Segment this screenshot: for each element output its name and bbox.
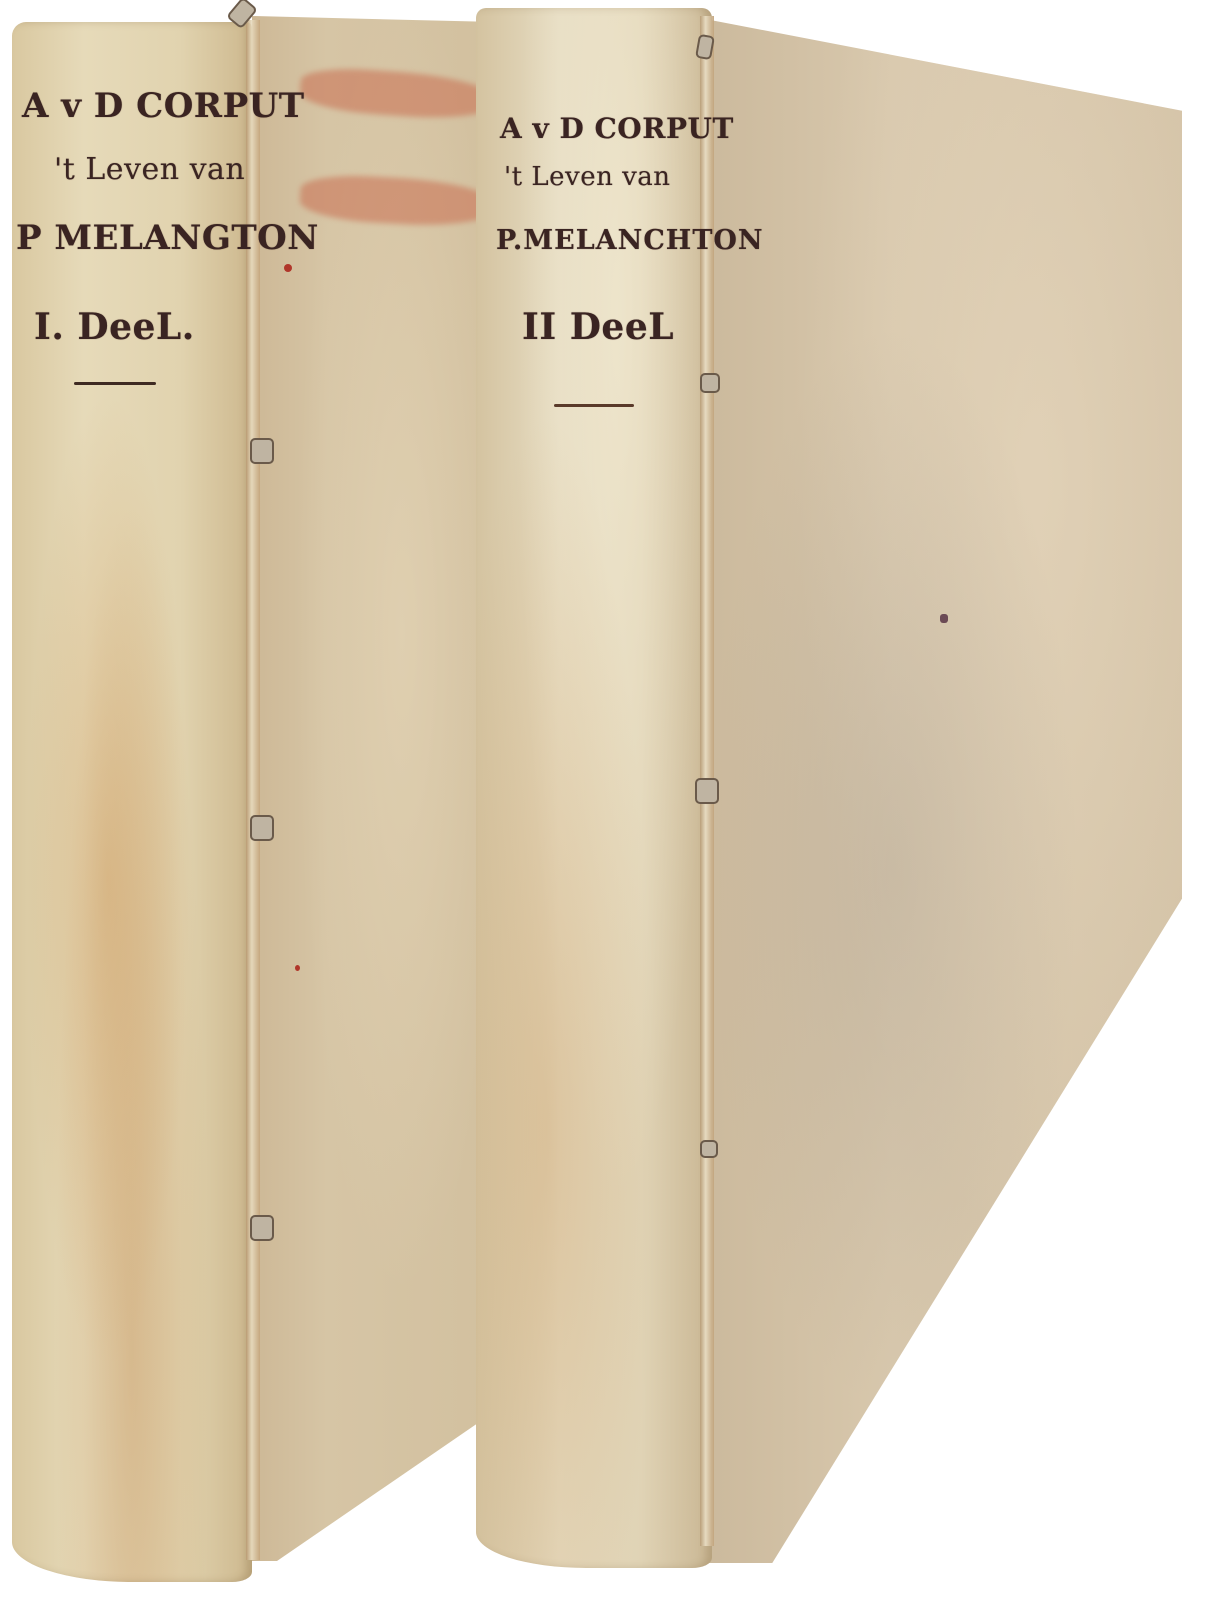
volume-1-title-line: 't Leven van <box>54 152 245 187</box>
volume-1-subject: P MELANGTON <box>16 218 319 258</box>
photo-scene: A v D CORPUT 't Leven van P MELANGTON I.… <box>0 0 1205 1600</box>
volume-2-subject: P.MELANCHTON <box>496 225 764 256</box>
tie-thong-icon <box>700 373 720 393</box>
red-mark <box>284 264 292 272</box>
volume-1-author: A v D CORPUT <box>22 86 305 126</box>
volume-2-part: II DeeL <box>522 306 674 348</box>
ink-spot <box>940 614 948 623</box>
volume-2-front-board <box>700 18 1182 1563</box>
volume-2-title-line: 't Leven van <box>504 162 671 192</box>
tie-thong-icon <box>250 1215 274 1241</box>
volume-2-rule <box>554 404 634 407</box>
tie-thong-icon <box>700 1140 718 1158</box>
volume-1-rule <box>74 382 156 385</box>
tie-thong-icon <box>250 815 274 841</box>
tie-thong-icon <box>695 778 719 804</box>
volume-1-part: I. DeeL. <box>34 306 195 348</box>
tie-thong-icon <box>250 438 274 464</box>
red-mark <box>295 965 300 971</box>
volume-2-author: A v D CORPUT <box>500 112 734 145</box>
